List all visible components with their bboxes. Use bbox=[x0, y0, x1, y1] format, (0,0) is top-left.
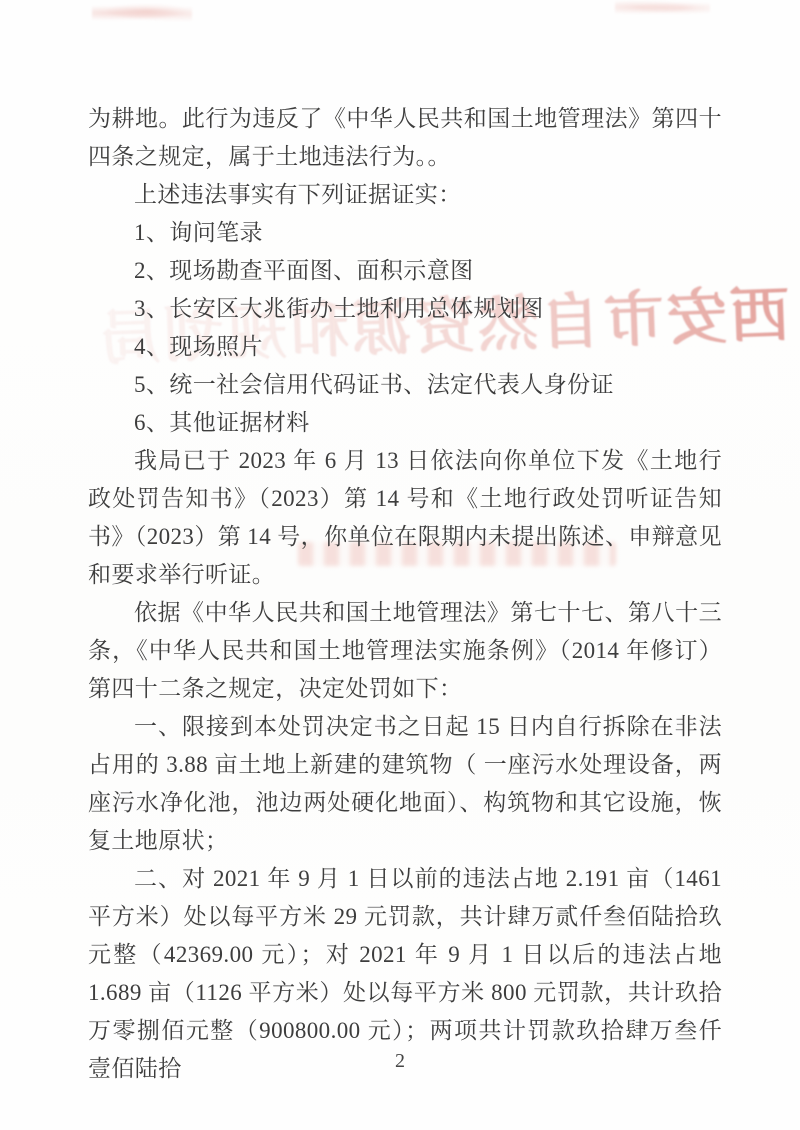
scan-artifact-speck-right bbox=[615, 0, 710, 16]
evidence-item-3: 3、长安区大兆街办土地利用总体规划图 bbox=[88, 290, 722, 328]
notice-paragraph: 我局已于 2023 年 6 月 13 日依法向你单位下发《土地行政处罚告知书》（… bbox=[88, 442, 722, 594]
evidence-item-1: 1、询问笔录 bbox=[88, 214, 722, 252]
scan-artifact-speck-left bbox=[92, 4, 192, 22]
evidence-item-4: 4、现场照片 bbox=[88, 328, 722, 366]
paragraph-continuation: 为耕地。此行为违反了《中华人民共和国土地管理法》第四十四条之规定，属于土地违法行… bbox=[88, 100, 722, 176]
evidence-item-2: 2、现场勘查平面图、面积示意图 bbox=[88, 252, 722, 290]
evidence-item-5: 5、统一社会信用代码证书、法定代表人身份证 bbox=[88, 366, 722, 404]
page-number: 2 bbox=[0, 1050, 800, 1073]
scanned-document-page: 西安市自然资源和规划局 为耕地。此行为违反了《中华人民共和国土地管理法》第四十四… bbox=[0, 0, 800, 1130]
document-body: 为耕地。此行为违反了《中华人民共和国土地管理法》第四十四条之规定，属于土地违法行… bbox=[88, 100, 722, 1088]
evidence-intro: 上述违法事实有下列证据证实： bbox=[88, 176, 722, 214]
evidence-item-6: 6、其他证据材料 bbox=[88, 404, 722, 442]
decision-item-1: 一、限接到本处罚决定书之日起 15 日内自行拆除在非法占用的 3.88 亩土地上… bbox=[88, 708, 722, 860]
legal-basis-paragraph: 依据《中华人民共和国土地管理法》第七十七、第八十三条，《中华人民共和国土地管理法… bbox=[88, 594, 722, 708]
